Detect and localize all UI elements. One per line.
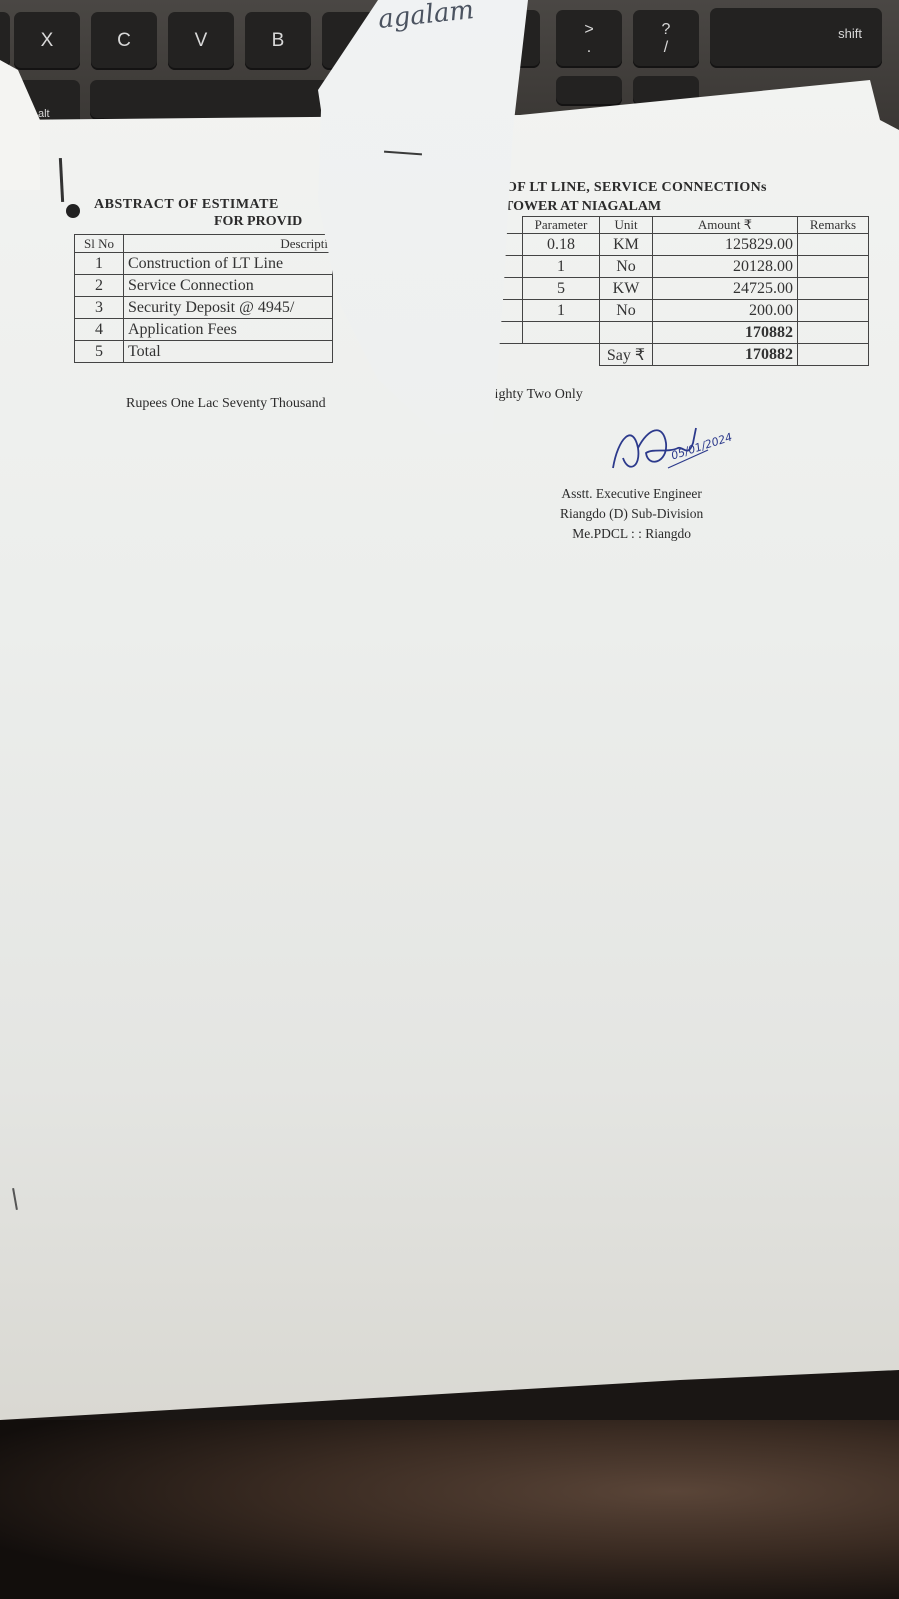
cell-total-amount: 170882: [653, 322, 798, 344]
header-sl-no: Sl No: [75, 235, 124, 253]
cell-say-label: Say ₹: [600, 344, 653, 366]
key-label: >: [584, 21, 593, 39]
header-remarks: Remarks: [798, 217, 869, 234]
punch-hole: [66, 204, 80, 218]
key-spacebar: [90, 80, 330, 120]
cell-sl: 3: [75, 297, 124, 319]
table-row: 2Service Connection: [75, 275, 333, 297]
table-header-row: Parameter Unit Amount ₹ Remarks: [492, 217, 869, 234]
cell-parameter: 1: [523, 256, 600, 278]
cell-parameter: 5: [523, 278, 600, 300]
cell-description: Security Deposit @ 4945/: [124, 297, 333, 319]
table-row: 5Total: [75, 341, 333, 363]
designation-block: Asstt. Executive Engineer Riangdo (D) Su…: [560, 484, 703, 544]
table-header-row: Sl No Descripti: [75, 235, 333, 253]
key-label: C: [117, 30, 131, 52]
amount-in-words-left: Rupees One Lac Seventy Thousand: [126, 396, 326, 412]
key-period: >.: [556, 10, 622, 68]
cell-sl: 4: [75, 319, 124, 341]
key-partial: [0, 12, 10, 68]
cell-parameter: 1: [523, 300, 600, 322]
table-row: 4Application Fees: [75, 319, 333, 341]
cell-sl: 5: [75, 341, 124, 363]
title-right-line2: TOWER AT NIAGALAM: [504, 199, 661, 215]
table-row: 5KW24725.00: [492, 278, 869, 300]
table-row: 0.18KM125829.00: [492, 234, 869, 256]
designation-line: Asstt. Executive Engineer: [560, 484, 703, 504]
key-label: shift: [838, 26, 862, 41]
key-label: B: [272, 30, 285, 52]
key-c: C: [91, 12, 157, 70]
cell-amount: 24725.00: [653, 278, 798, 300]
table-row: 3Security Deposit @ 4945/: [75, 297, 333, 319]
amount-in-words-right: Eighty Two Only: [486, 387, 583, 403]
key-x: X: [14, 12, 80, 70]
table-row: 1No200.00: [492, 300, 869, 322]
cell-amount: 20128.00: [653, 256, 798, 278]
cell-remarks: [798, 234, 869, 256]
cell-remarks: [798, 300, 869, 322]
cell-parameter: 0.18: [523, 234, 600, 256]
cell-unit: KM: [600, 234, 653, 256]
cell-parameter: [523, 322, 600, 344]
title-left-line2: FOR PROVID: [214, 214, 302, 230]
key-label: .: [587, 39, 591, 57]
cell-unit: No: [600, 256, 653, 278]
cell-amount: 200.00: [653, 300, 798, 322]
key-label: V: [195, 30, 208, 52]
table-row: 1No20128.00: [492, 256, 869, 278]
estimate-table-right: Parameter Unit Amount ₹ Remarks 0.18KM12…: [492, 216, 869, 366]
header-unit: Unit: [600, 217, 653, 234]
cell-unit: KW: [600, 278, 653, 300]
cell-unit: [600, 322, 653, 344]
table-row-say: Say ₹ 170882: [492, 344, 869, 366]
cell-description: Construction of LT Line: [124, 253, 333, 275]
key-v: V: [168, 12, 234, 70]
key-shift: shift: [710, 8, 882, 68]
cell-remarks: [798, 278, 869, 300]
cell-amount: 125829.00: [653, 234, 798, 256]
designation-line: Me.PDCL : : Riangdo: [560, 524, 703, 544]
cell-unit: No: [600, 300, 653, 322]
table-row-total: 170882: [492, 322, 869, 344]
cell-sl: 2: [75, 275, 124, 297]
cell-remarks: [798, 322, 869, 344]
title-right-line1: OF LT LINE, SERVICE CONNECTIONs: [506, 180, 767, 196]
estimate-table-left: Sl No Descripti 1Construction of LT Line…: [74, 234, 333, 363]
header-description: Descripti: [124, 235, 333, 253]
fabric-background: [0, 1420, 899, 1599]
header-amount: Amount ₹: [653, 217, 798, 234]
cell-sl: 1: [75, 253, 124, 275]
cell-blank: [523, 344, 600, 366]
designation-line: Riangdo (D) Sub-Division: [560, 504, 703, 524]
cell-description: Application Fees: [124, 319, 333, 341]
key-label: ?: [662, 21, 671, 39]
key-b: B: [245, 12, 311, 70]
cell-description: Service Connection: [124, 275, 333, 297]
cell-remarks: [798, 256, 869, 278]
header-parameter: Parameter: [523, 217, 600, 234]
key-label: X: [41, 30, 54, 52]
key-arrow: [556, 76, 622, 106]
cell-say-amount: 170882: [653, 344, 798, 366]
cell-description: Total: [124, 341, 333, 363]
title-left-line1: ABSTRACT OF ESTIMATE: [94, 197, 279, 213]
key-label: /: [664, 39, 668, 57]
key-slash: ?/: [633, 10, 699, 68]
table-row: 1Construction of LT Line: [75, 253, 333, 275]
cell-remarks: [798, 344, 869, 366]
